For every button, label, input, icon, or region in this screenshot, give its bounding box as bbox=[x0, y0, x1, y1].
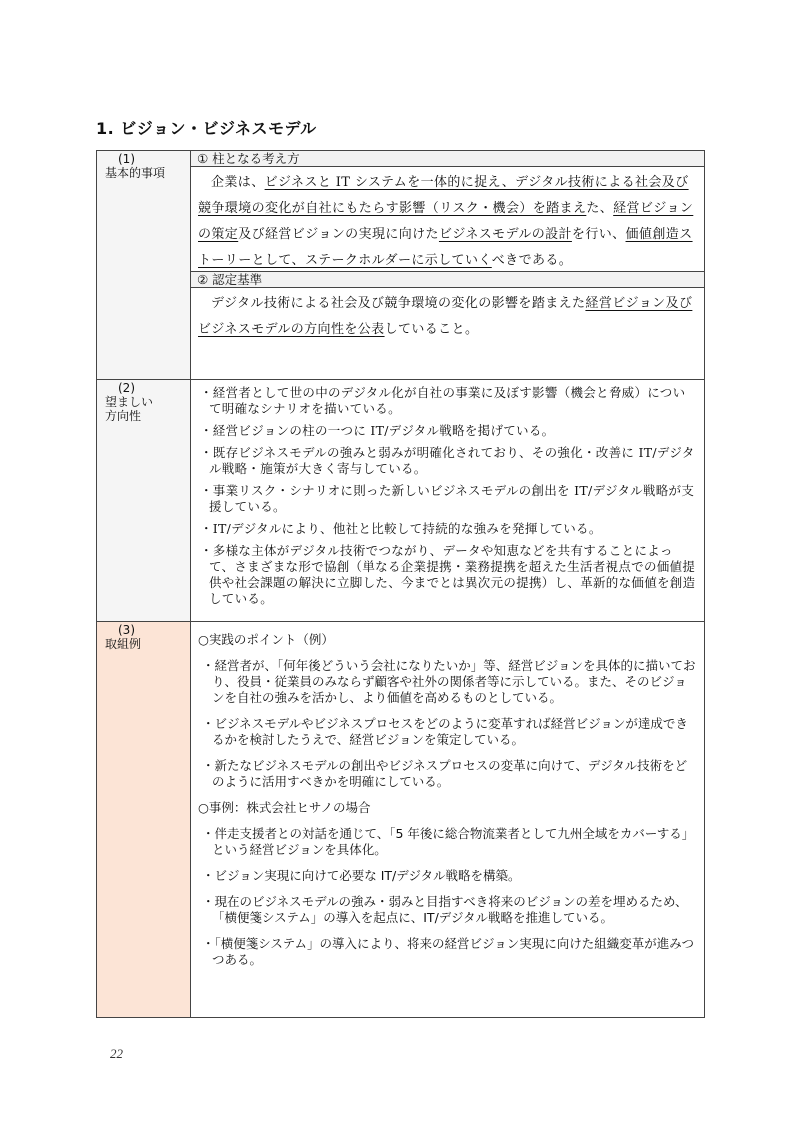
subsection-heading: ① 柱となる考え方 bbox=[191, 151, 704, 167]
section-basic: (1) 基本的事項 ① 柱となる考え方 企業は、ビジネスと IT システムを一体… bbox=[97, 151, 705, 380]
section-label: 取組例 bbox=[97, 637, 190, 651]
section-label: 基本的事項 bbox=[97, 166, 190, 180]
list-item: ・事業リスク・シナリオに則った新しいビジネスモデルの創出を IT/デジタル戦略が… bbox=[200, 483, 696, 515]
text-segment: 及び経営ビジョンの実現に向けた bbox=[238, 227, 439, 242]
case-heading: ○事例：株式会社ヒサノの場合 bbox=[198, 800, 696, 816]
text-segment: 企業は、 bbox=[211, 175, 265, 190]
page-number: 22 bbox=[110, 1046, 123, 1062]
criteria-text: デジタル技術による社会及び競争環境の変化の影響を踏まえた経営ビジョン及びビジネス… bbox=[191, 288, 704, 343]
subsection-heading: ② 認定基準 bbox=[191, 272, 704, 288]
underlined-segment: ビジネスモデルの設計 bbox=[439, 227, 572, 242]
section-content-basic: ① 柱となる考え方 企業は、ビジネスと IT システムを一体的に捉え、デジタル技… bbox=[191, 151, 705, 380]
section-label-direction: (2) 望ましい 方向性 bbox=[97, 380, 191, 622]
core-idea-text: 企業は、ビジネスと IT システムを一体的に捉え、デジタル技術による社会及び競争… bbox=[191, 167, 704, 274]
list-item: ・経営者として世の中のデジタル化が自社の事業に及ぼす影響（機会と脅威）について明… bbox=[200, 385, 696, 417]
text-segment: を行い、 bbox=[572, 227, 626, 242]
criteria-table: (1) 基本的事項 ① 柱となる考え方 企業は、ビジネスと IT システムを一体… bbox=[96, 150, 705, 1018]
case-item: ・「横便箋システム」の導入により、将来の経営ビジョン実現に向けた組織変革が進みつ… bbox=[202, 936, 696, 968]
text-segment: べきである。 bbox=[492, 253, 572, 268]
section-number: (1) bbox=[97, 152, 190, 166]
practice-item: ・ビジネスモデルやビジネスプロセスをどのように変革すれば経営ビジョンが達成できる… bbox=[202, 716, 696, 748]
section-number: (2) bbox=[97, 381, 190, 395]
section-label-line: 方向性 bbox=[97, 409, 190, 423]
list-item: ・既存ビジネスモデルの強みと弱みが明確化されており、その強化・改善に IT/デジ… bbox=[200, 445, 696, 477]
section-label-examples: (3) 取組例 bbox=[97, 622, 191, 1018]
case-item: ・ビジョン実現に向けて必要な IT/デジタル戦略を構築。 bbox=[202, 868, 696, 884]
list-item: ・経営ビジョンの柱の一つに IT/デジタル戦略を掲げている。 bbox=[200, 423, 696, 439]
direction-list: ・経営者として世の中のデジタル化が自社の事業に及ぼす影響（機会と脅威）について明… bbox=[191, 380, 704, 613]
practice-item: ・経営者が、「何年後どういう会社になりたいか」等、経営ビジョンを具体的に描いてお… bbox=[202, 658, 696, 706]
section-examples: (3) 取組例 ○実践のポイント（例） ・経営者が、「何年後どういう会社になりた… bbox=[97, 622, 705, 1018]
subsection-criteria: ② 認定基準 デジタル技術による社会及び競争環境の変化の影響を踏まえた経営ビジョ… bbox=[191, 272, 704, 344]
case-item: ・現在のビジネスモデルの強み・弱みと目指すべき将来のビジョンの差を埋めるため、「… bbox=[202, 894, 696, 926]
practice-heading: ○実践のポイント（例） bbox=[198, 632, 696, 648]
section-content-direction: ・経営者として世の中のデジタル化が自社の事業に及ぼす影響（機会と脅威）について明… bbox=[191, 380, 705, 622]
subsection-core-idea: ① 柱となる考え方 企業は、ビジネスと IT システムを一体的に捉え、デジタル技… bbox=[191, 151, 704, 272]
list-item: ・多様な主体がデジタル技術でつながり、データや知恵などを共有することによって、さ… bbox=[200, 543, 696, 607]
text-segment: デジタル技術による社会及び競争環境の変化の影響を踏まえた bbox=[211, 296, 585, 311]
practice-item: ・新たなビジネスモデルの創出やビジネスプロセスの変革に向けて、デジタル技術をどの… bbox=[202, 758, 696, 790]
page-title: 1. ビジョン・ビジネスモデル bbox=[96, 116, 317, 139]
section-direction: (2) 望ましい 方向性 ・経営者として世の中のデジタル化が自社の事業に及ぼす影… bbox=[97, 380, 705, 622]
text-segment: た、 bbox=[586, 201, 613, 216]
section-label-line: 望ましい bbox=[97, 395, 190, 409]
examples-body: ○実践のポイント（例） ・経営者が、「何年後どういう会社になりたいか」等、経営ビ… bbox=[191, 622, 704, 1016]
section-content-examples: ○実践のポイント（例） ・経営者が、「何年後どういう会社になりたいか」等、経営ビ… bbox=[191, 622, 705, 1018]
case-item: ・伴走支援者との対話を通じて、「5 年後に総合物流業者として九州全域をカバーする… bbox=[202, 826, 696, 858]
list-item: ・IT/デジタルにより、他社と比較して持続的な強みを発揮している。 bbox=[200, 521, 696, 537]
section-number: (3) bbox=[97, 623, 190, 637]
text-segment: していること。 bbox=[385, 322, 479, 337]
section-label-basic: (1) 基本的事項 bbox=[97, 151, 191, 380]
